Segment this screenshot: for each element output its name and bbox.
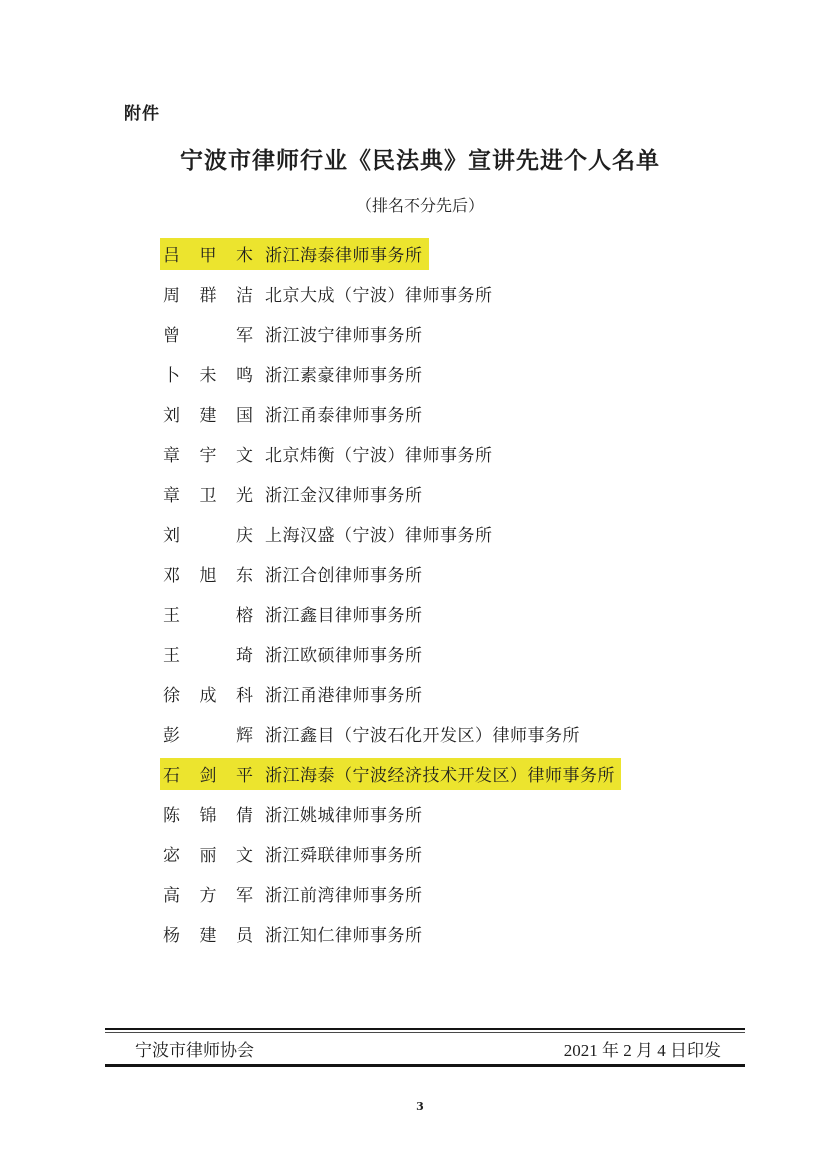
list-item: 杨建员浙江知仁律师事务所: [160, 914, 621, 954]
footer-text-row: 宁波市律师协会 2021 年 2 月 4 日印发: [105, 1033, 745, 1064]
list-item: 吕甲木浙江海泰律师事务所: [160, 234, 621, 274]
row-inner: 陈锦倩浙江姚城律师事务所: [160, 798, 429, 830]
person-name: 章卫光: [163, 481, 253, 506]
person-name: 王 榕: [163, 601, 253, 626]
firm-name: 上海汉盛（宁波）律师事务所: [265, 521, 493, 546]
footer-bottom-rule: [105, 1064, 745, 1067]
row-inner: 邓旭东浙江合创律师事务所: [160, 558, 429, 590]
list-item: 宓丽文浙江舜联律师事务所: [160, 834, 621, 874]
list-item: 高方军浙江前湾律师事务所: [160, 874, 621, 914]
list-item: 刘建国浙江甬泰律师事务所: [160, 394, 621, 434]
row-inner: 章宇文北京炜衡（宁波）律师事务所: [160, 438, 499, 470]
row-inner: 高方军浙江前湾律师事务所: [160, 878, 429, 910]
firm-name: 浙江姚城律师事务所: [265, 801, 423, 826]
list-item: 曾 军浙江波宁律师事务所: [160, 314, 621, 354]
page-number: 3: [0, 1100, 840, 1113]
list-item: 王 榕浙江鑫目律师事务所: [160, 594, 621, 634]
person-name: 彭 辉: [163, 721, 253, 746]
highlighted-row-inner: 吕甲木浙江海泰律师事务所: [160, 238, 429, 270]
firm-name: 浙江甬泰律师事务所: [265, 401, 423, 426]
list-item: 石剑平浙江海泰（宁波经济技术开发区）律师事务所: [160, 754, 621, 794]
person-name: 刘 庆: [163, 521, 253, 546]
list-item: 王 琦浙江欧硕律师事务所: [160, 634, 621, 674]
person-name: 徐成科: [163, 681, 253, 706]
attachment-label: 附件: [124, 99, 160, 124]
row-inner: 宓丽文浙江舜联律师事务所: [160, 838, 429, 870]
list-item: 章宇文北京炜衡（宁波）律师事务所: [160, 434, 621, 474]
firm-name: 浙江前湾律师事务所: [265, 881, 423, 906]
firm-name: 浙江金汉律师事务所: [265, 481, 423, 506]
awardee-roster: 吕甲木浙江海泰律师事务所周群洁北京大成（宁波）律师事务所曾 军浙江波宁律师事务所…: [160, 234, 621, 954]
row-inner: 王 琦浙江欧硕律师事务所: [160, 638, 429, 670]
list-item: 陈锦倩浙江姚城律师事务所: [160, 794, 621, 834]
person-name: 刘建国: [163, 401, 253, 426]
row-inner: 周群洁北京大成（宁波）律师事务所: [160, 278, 499, 310]
person-name: 吕甲木: [163, 241, 253, 266]
document-footer: 宁波市律师协会 2021 年 2 月 4 日印发: [105, 1028, 745, 1067]
document-page: 附件 宁波市律师行业《民法典》宣讲先进个人名单 （排名不分先后） 吕甲木浙江海泰…: [0, 0, 840, 1175]
firm-name: 浙江合创律师事务所: [265, 561, 423, 586]
firm-name: 浙江知仁律师事务所: [265, 921, 423, 946]
list-item: 卜未鸣浙江素豪律师事务所: [160, 354, 621, 394]
person-name: 邓旭东: [163, 561, 253, 586]
list-item: 周群洁北京大成（宁波）律师事务所: [160, 274, 621, 314]
person-name: 石剑平: [163, 761, 253, 786]
person-name: 曾 军: [163, 321, 253, 346]
row-inner: 徐成科浙江甬港律师事务所: [160, 678, 429, 710]
row-inner: 刘建国浙江甬泰律师事务所: [160, 398, 429, 430]
list-item: 彭 辉浙江鑫目（宁波石化开发区）律师事务所: [160, 714, 621, 754]
row-inner: 章卫光浙江金汉律师事务所: [160, 478, 429, 510]
person-name: 高方军: [163, 881, 253, 906]
row-inner: 王 榕浙江鑫目律师事务所: [160, 598, 429, 630]
firm-name: 浙江甬港律师事务所: [265, 681, 423, 706]
document-title: 宁波市律师行业《民法典》宣讲先进个人名单: [0, 142, 840, 175]
person-name: 宓丽文: [163, 841, 253, 866]
footer-top-rule-thick: [105, 1028, 745, 1030]
firm-name: 北京炜衡（宁波）律师事务所: [265, 441, 493, 466]
print-date: 2021 年 2 月 4 日印发: [564, 1036, 721, 1061]
firm-name: 浙江波宁律师事务所: [265, 321, 423, 346]
row-inner: 曾 军浙江波宁律师事务所: [160, 318, 429, 350]
list-item: 徐成科浙江甬港律师事务所: [160, 674, 621, 714]
person-name: 王 琦: [163, 641, 253, 666]
firm-name: 浙江舜联律师事务所: [265, 841, 423, 866]
row-inner: 杨建员浙江知仁律师事务所: [160, 918, 429, 950]
person-name: 章宇文: [163, 441, 253, 466]
document-subtitle: （排名不分先后）: [0, 193, 840, 216]
issuer-name: 宁波市律师协会: [135, 1036, 254, 1061]
firm-name: 浙江鑫目律师事务所: [265, 601, 423, 626]
row-inner: 刘 庆上海汉盛（宁波）律师事务所: [160, 518, 499, 550]
firm-name: 浙江欧硕律师事务所: [265, 641, 423, 666]
firm-name: 浙江海泰律师事务所: [265, 241, 423, 266]
person-name: 杨建员: [163, 921, 253, 946]
list-item: 邓旭东浙江合创律师事务所: [160, 554, 621, 594]
firm-name: 浙江素豪律师事务所: [265, 361, 423, 386]
person-name: 周群洁: [163, 281, 253, 306]
firm-name: 浙江鑫目（宁波石化开发区）律师事务所: [265, 721, 580, 746]
person-name: 陈锦倩: [163, 801, 253, 826]
list-item: 刘 庆上海汉盛（宁波）律师事务所: [160, 514, 621, 554]
firm-name: 浙江海泰（宁波经济技术开发区）律师事务所: [265, 761, 615, 786]
person-name: 卜未鸣: [163, 361, 253, 386]
row-inner: 彭 辉浙江鑫目（宁波石化开发区）律师事务所: [160, 718, 586, 750]
highlighted-row-inner: 石剑平浙江海泰（宁波经济技术开发区）律师事务所: [160, 758, 621, 790]
firm-name: 北京大成（宁波）律师事务所: [265, 281, 493, 306]
row-inner: 卜未鸣浙江素豪律师事务所: [160, 358, 429, 390]
list-item: 章卫光浙江金汉律师事务所: [160, 474, 621, 514]
